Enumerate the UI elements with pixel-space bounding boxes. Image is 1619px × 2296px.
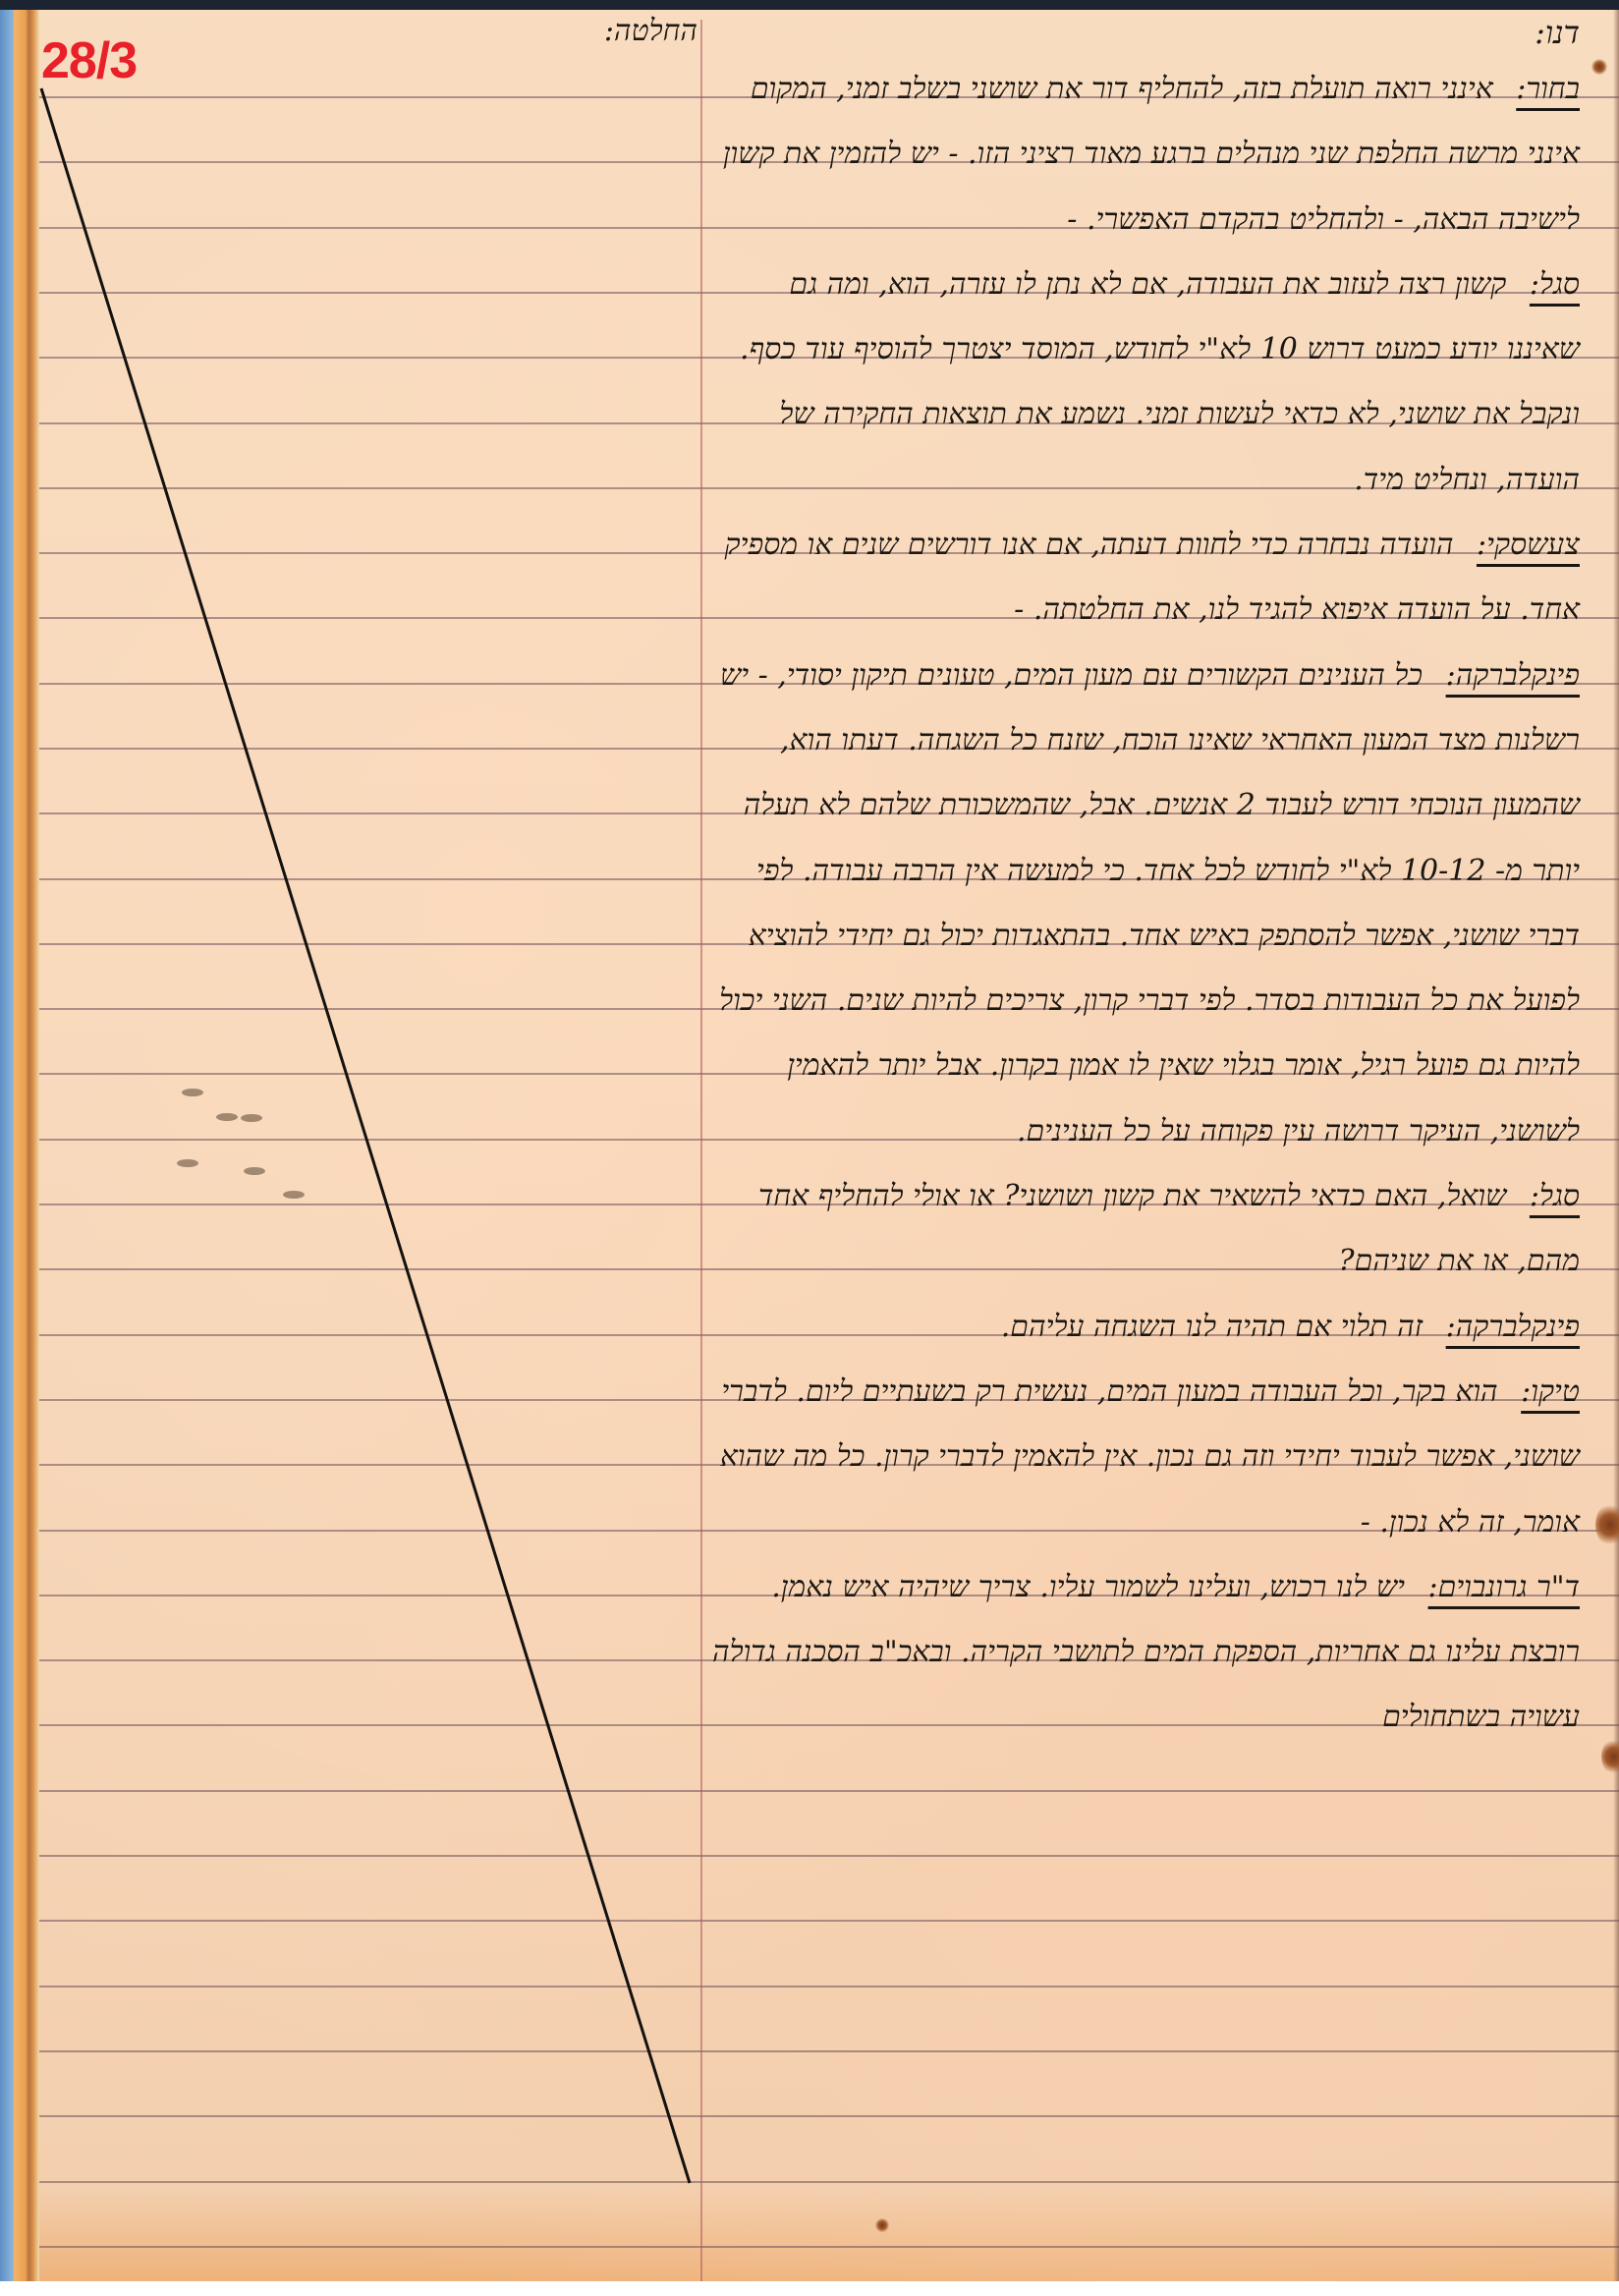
entry-text: שואל, האם כדאי להשאיר את קשון ושושני? או… xyxy=(758,1179,1580,1278)
scan-background-edge xyxy=(0,10,14,2281)
ink-smudge xyxy=(216,1113,238,1121)
speaker-label: פינקלברקה: xyxy=(1446,658,1580,693)
ink-smudge xyxy=(182,1089,203,1096)
speaker-label: צעשסקי: xyxy=(1477,528,1580,562)
ruled-line xyxy=(39,1855,1619,1857)
paper-stain xyxy=(1591,59,1607,75)
paper-stain xyxy=(1601,1739,1619,1774)
entry-text: קשון רצה לעזוב את העבודה, אם לא נתן לו ע… xyxy=(740,267,1580,497)
page-right-edge xyxy=(1613,10,1619,2281)
notebook-page: 28/3 החלטה: דנו: בחור: אינני רואה תועלת … xyxy=(0,0,1619,2281)
ruled-line xyxy=(39,2246,1619,2248)
entry-text: כל הענינים הקשורים עם מעון המים, טעונים … xyxy=(719,658,1580,1148)
ink-smudge xyxy=(241,1114,262,1122)
date-stamp: 28/3 xyxy=(41,31,137,90)
minutes-entry: טיקו: הוא בקר, וכל העבודה במעון המים, נע… xyxy=(707,1360,1580,1555)
speaker-label: ד"ר גרונבוים: xyxy=(1428,1570,1580,1604)
ruled-line xyxy=(39,2050,1619,2052)
minutes-entry: צעשסקי: הועדה נבחרה כדי לחוות דעתה, אם א… xyxy=(707,513,1580,644)
ink-smudge xyxy=(177,1159,198,1167)
entry-text: הועדה נבחרה כדי לחוות דעתה, אם אנו דורשי… xyxy=(725,528,1580,627)
minutes-entry: סגל: קשון רצה לעזוב את העבודה, אם לא נתן… xyxy=(707,252,1580,513)
speaker-label: סגל: xyxy=(1530,267,1580,302)
ink-smudge xyxy=(283,1191,305,1199)
minutes-entry: ד"ר גרונבוים: יש לנו רכוש, ועלינו לשמור … xyxy=(707,1555,1580,1751)
entry-text: אינני רואה תועלת בזה, להחליף דור את שושנ… xyxy=(723,72,1580,237)
decision-column-heading: החלטה: xyxy=(589,14,698,48)
discussion-column-heading: דנו: xyxy=(1535,14,1580,51)
notebook-binding-edge xyxy=(14,10,39,2281)
speaker-label: סגל: xyxy=(1530,1179,1580,1213)
minutes-entry: סגל: שואל, האם כדאי להשאיר את קשון ושושנ… xyxy=(707,1164,1580,1295)
ruled-line xyxy=(39,2181,1619,2183)
minutes-entry: בחור: אינני רואה תועלת בזה, להחליף דור א… xyxy=(707,57,1580,252)
minutes-body: בחור: אינני רואה תועלת בזה, להחליף דור א… xyxy=(707,57,1580,1751)
paper-stain xyxy=(1595,1503,1619,1546)
ruled-line xyxy=(39,2115,1619,2117)
ruled-line xyxy=(39,1920,1619,1922)
scan-top-edge xyxy=(0,0,1619,10)
speaker-label: פינקלברקה: xyxy=(1446,1310,1580,1344)
ink-smudge xyxy=(244,1167,265,1175)
speaker-label: טיקו: xyxy=(1521,1374,1580,1409)
entry-text: זה תלוי אם תהיה לנו השגחה עליהם. xyxy=(1001,1310,1423,1344)
minutes-entry: פינקלברקה: זה תלוי אם תהיה לנו השגחה עלי… xyxy=(707,1295,1580,1360)
entry-text: הוא בקר, וכל העבודה במעון המים, נעשית רק… xyxy=(720,1374,1580,1540)
paper-stain xyxy=(875,2218,889,2232)
speaker-label: בחור: xyxy=(1516,72,1580,106)
ruled-line xyxy=(39,1790,1619,1792)
ruled-line xyxy=(39,1986,1619,1988)
minutes-entry: פינקלברקה: כל הענינים הקשורים עם מעון המ… xyxy=(707,644,1580,1164)
margin-line xyxy=(700,20,702,2281)
